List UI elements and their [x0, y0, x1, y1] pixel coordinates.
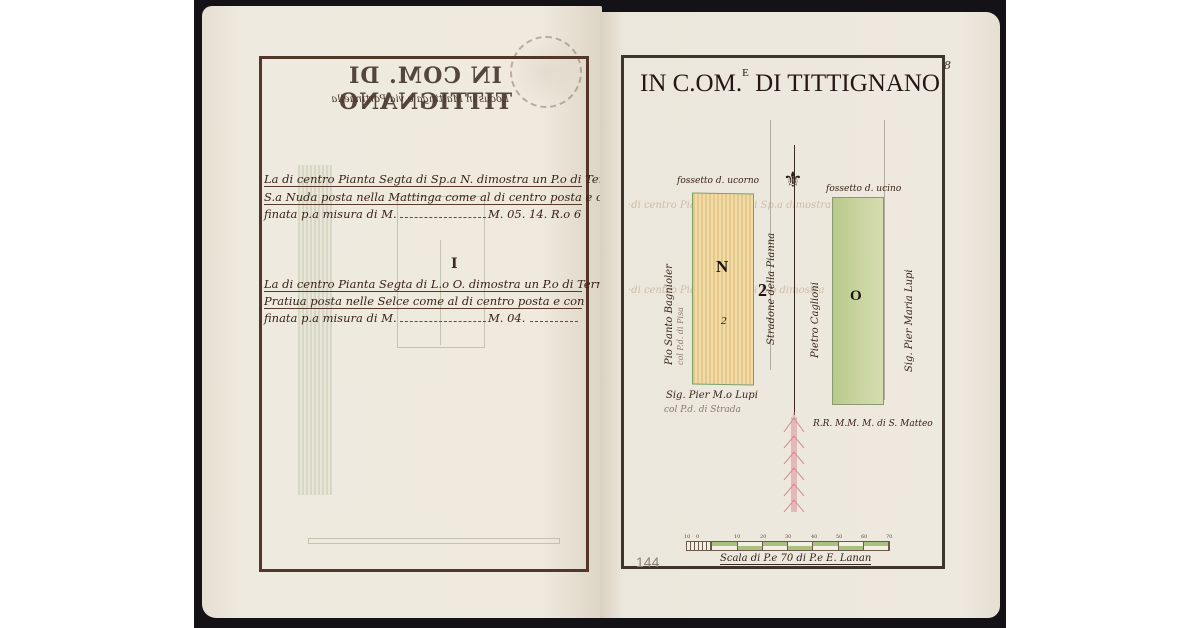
entry-1-leader: [400, 217, 486, 218]
ghost-plot-box: [397, 196, 485, 348]
scale-segment: [788, 542, 813, 550]
scale-tick: 70: [886, 534, 892, 540]
scale-tick: 40: [811, 534, 817, 540]
entry-2-line-2: Pratiua posta nelle Selce come al di cen…: [264, 294, 582, 309]
entry-2-trailing-dash: [530, 321, 578, 322]
bleed-through-title: IN COM. DI TITTIGNANO: [265, 63, 585, 115]
scale-tick: 50: [836, 534, 842, 540]
scale-segment: [864, 542, 889, 550]
scale-segment: [763, 542, 788, 550]
scale-segment: [712, 542, 737, 550]
scale-caption: Scala di P.e 70 di P.e E. Lanan: [720, 553, 871, 565]
title-sup: E: [742, 67, 749, 79]
entry-1-line-2: S.a Nuda posta nella Mattinga come al di…: [264, 190, 582, 205]
entry-1-line-3: finata p.a misura di M.: [264, 207, 397, 221]
scale-tick: 30: [785, 534, 791, 540]
entry-2-measure: M. 04.: [488, 311, 525, 325]
entry-1-measure: M. 05. 14. R.o 6: [488, 207, 581, 221]
scale-segment: [813, 542, 838, 550]
compass-arrow-icon: [782, 412, 806, 512]
plot-n-letter: N: [716, 257, 728, 277]
entry-2-line-1: La di centro Pianta Segta di L.o O. dimo…: [264, 277, 582, 292]
label-middle-vertical: Stradone della Pianna: [766, 233, 777, 345]
scale-segment: [687, 542, 712, 550]
label-left-vertical: Pio Santo Bagnioler: [664, 264, 675, 365]
label-left-vertical-faint: col P.d. di Pisa: [676, 307, 685, 365]
folio-number: 144: [636, 554, 659, 570]
ghost-divider: [440, 240, 441, 345]
boundary-line: [884, 120, 885, 400]
scale-tick: 10: [734, 534, 740, 540]
scale-segment: [738, 542, 763, 550]
scale-tick: 60: [861, 534, 867, 540]
scale-tick: 0: [696, 534, 699, 540]
ghost-scale-bar: [308, 538, 560, 544]
scale-tick: 10: [684, 534, 690, 540]
bleed-through-subtitle: Locus in Mattinga e via Portinaella: [300, 94, 540, 105]
title-rest: DI TITTIGNANO: [755, 70, 940, 97]
label-right-middle-vertical: Pietro Caglioni: [810, 282, 821, 358]
entry-2-line-3: finata p.a misura di M.: [264, 311, 397, 325]
page-number: 8: [944, 59, 951, 72]
scale-tick: 20: [760, 534, 766, 540]
label-bottom-right: R.R. M.M. M. di S. Matteo: [813, 419, 933, 429]
entry-2-leader: [400, 321, 486, 322]
ghost-plot-letter: I: [451, 256, 458, 272]
plot-n: [692, 192, 754, 385]
label-bottom-left-faint: col P.d. di Strada: [664, 405, 741, 415]
label-bottom-left: Sig. Pier M.o Lupi: [666, 390, 758, 401]
fleur-de-lis-north-icon: ⚜: [783, 168, 803, 193]
title-main: IN C.OM.: [640, 70, 742, 97]
label-right-vertical: Sig. Pier Maria Lupi: [904, 269, 915, 372]
label-top-left: fossetto d. ucorno: [677, 176, 759, 186]
scale-bar: [686, 541, 890, 551]
scale-segment: [839, 542, 864, 550]
plot-n-small: 2: [721, 315, 727, 327]
plot-o-letter: O: [850, 288, 862, 305]
entry-1-line-1: La di centro Pianta Segta di Sp.a N. dim…: [264, 172, 582, 187]
map-title: IN C.OM.E DI TITTIGNANO: [640, 70, 940, 98]
label-top-right: fossetto d. ucino: [826, 184, 901, 194]
